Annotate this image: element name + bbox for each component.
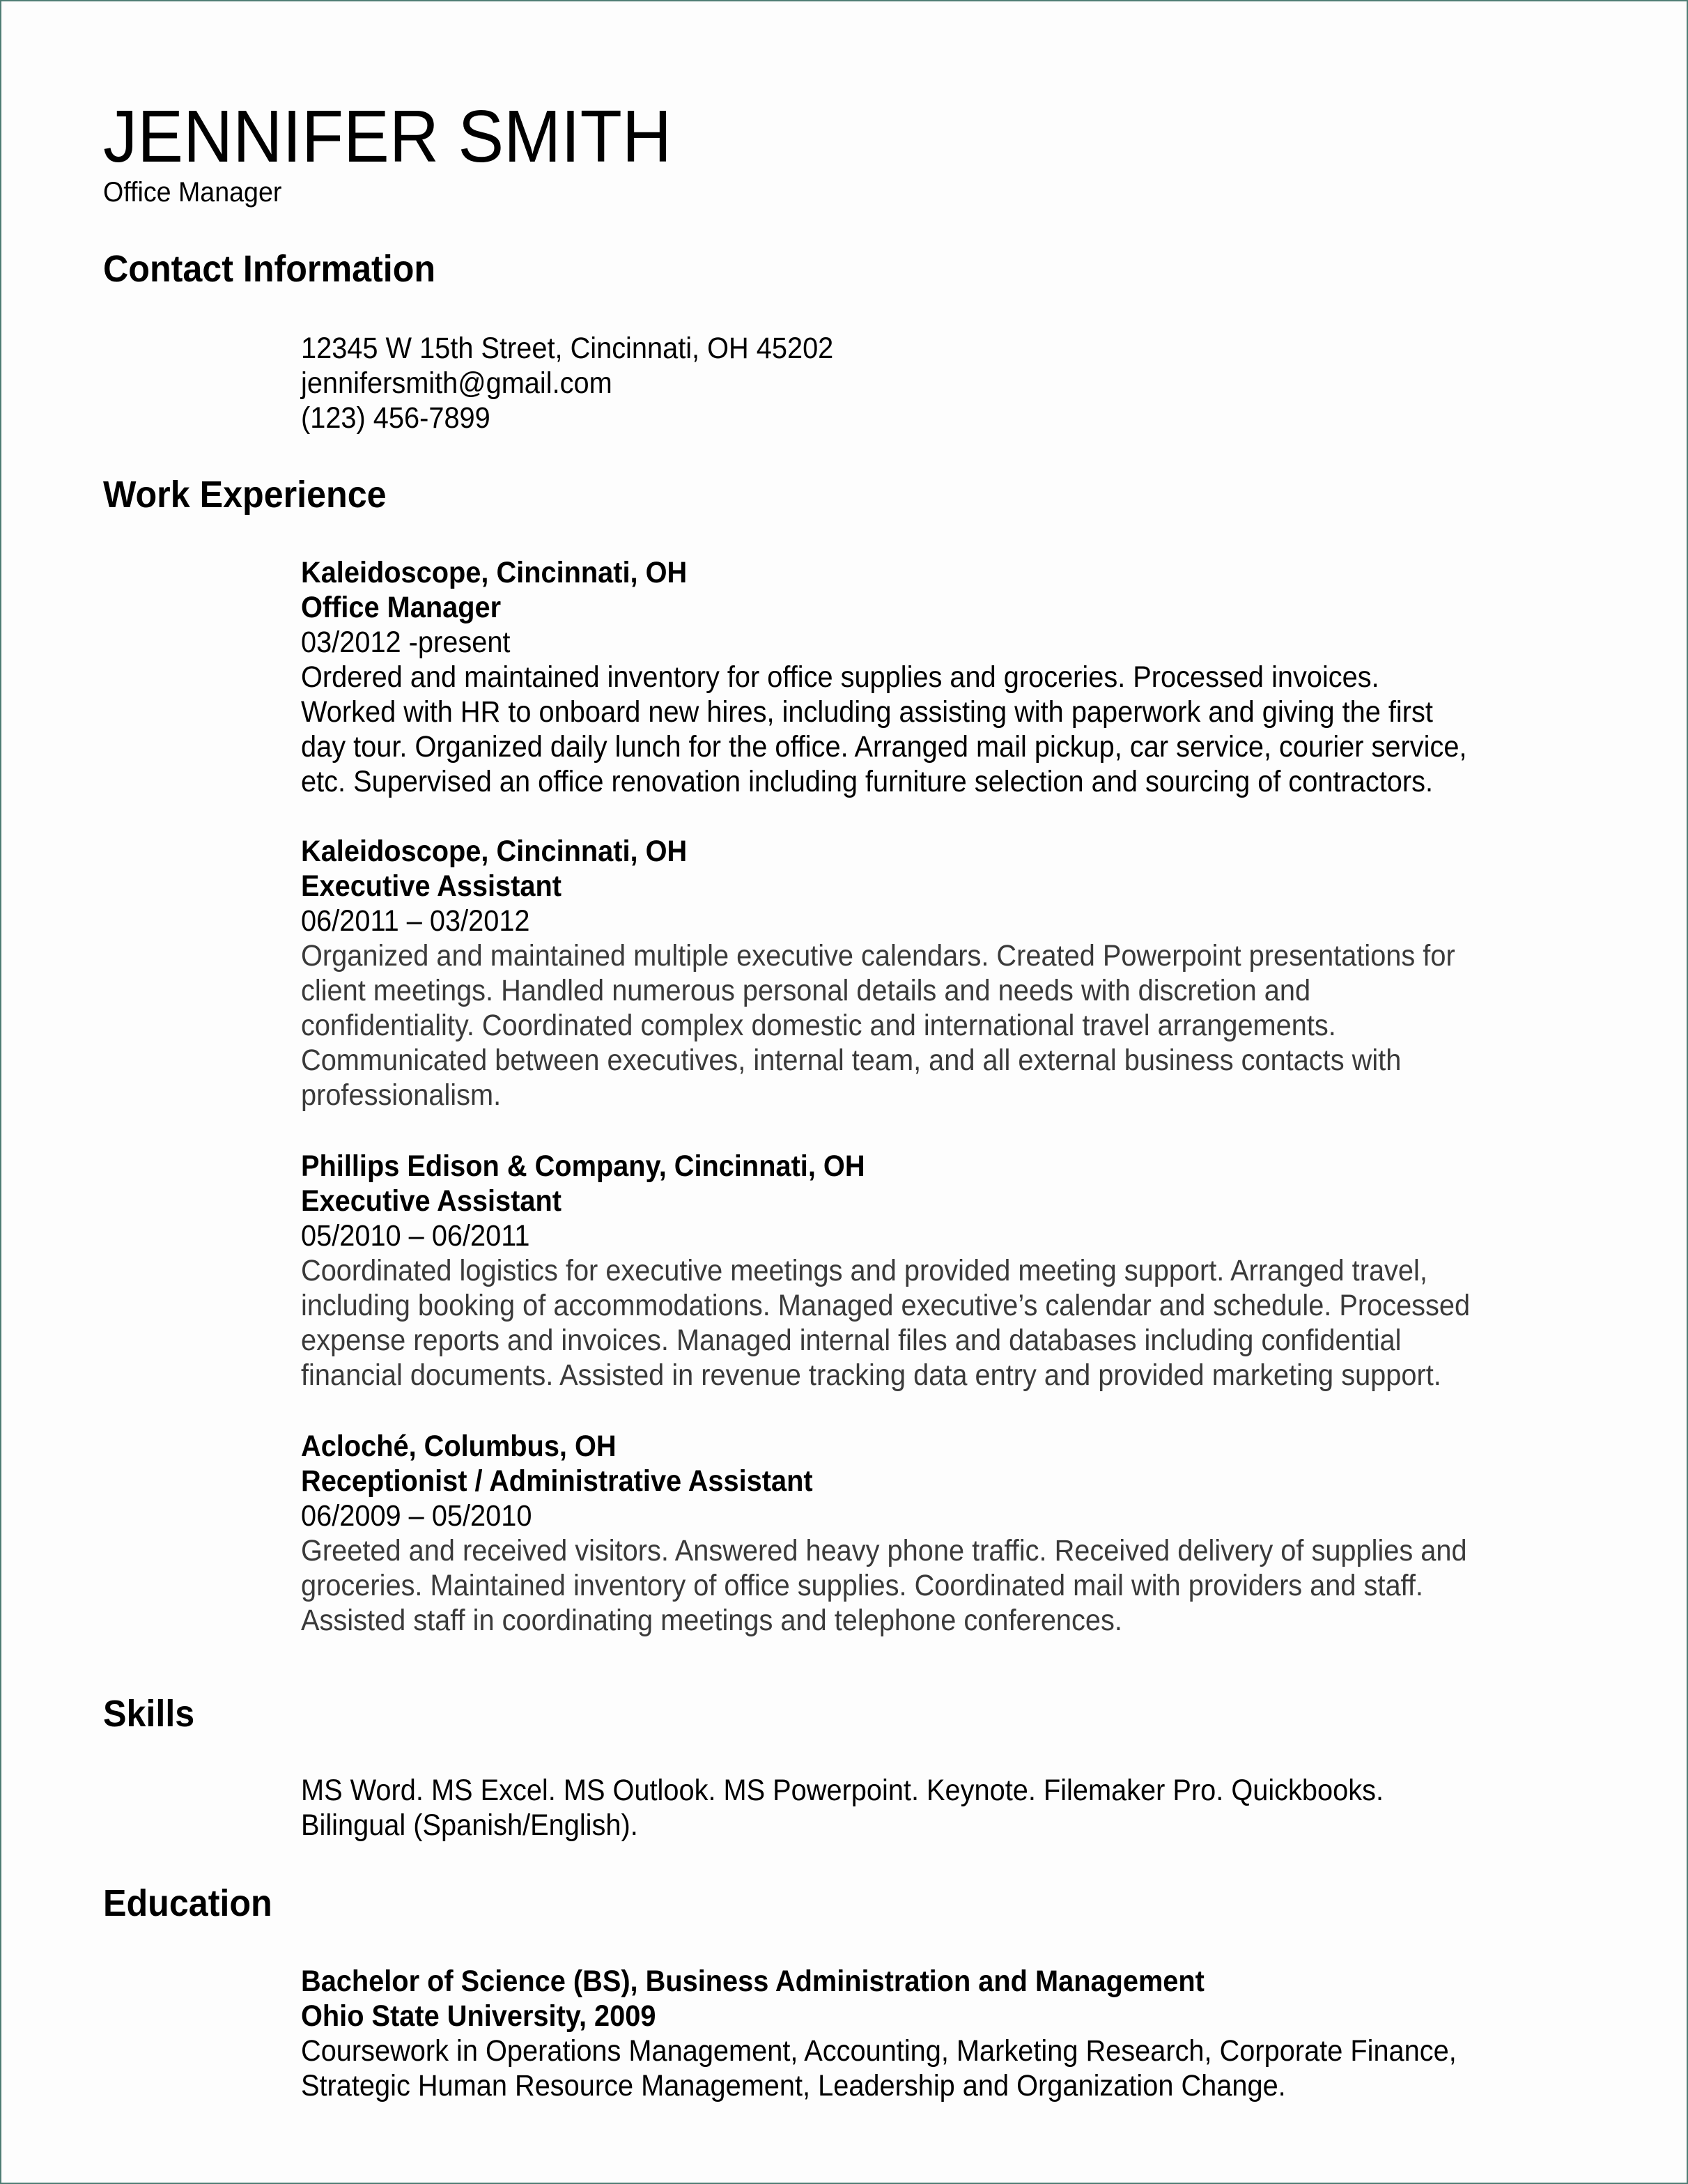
skills-heading: Skills (103, 1691, 194, 1736)
job-description-line: Greeted and received visitors. Answered … (301, 1534, 1467, 1569)
education-coursework-line: Coursework in Operations Management, Acc… (301, 2034, 1457, 2069)
skills-line: Bilingual (Spanish/English). (301, 1809, 1384, 1843)
education-degree: Bachelor of Science (BS), Business Admin… (301, 1965, 1457, 1999)
job-description-line: Assisted staff in coordinating meetings … (301, 1604, 1467, 1639)
job-dates: 06/2009 – 05/2010 (301, 1499, 1467, 1534)
job-description-line: Organized and maintained multiple execut… (301, 939, 1455, 974)
job-company: Acloché, Columbus, OH (301, 1430, 1467, 1464)
job-dates: 06/2011 – 03/2012 (301, 904, 1455, 939)
job-dates: 03/2012 -present (301, 626, 1466, 660)
skills-line: MS Word. MS Excel. MS Outlook. MS Powerp… (301, 1774, 1384, 1809)
contact-email[interactable]: jennifersmith@gmail.com (301, 366, 833, 401)
job-company: Phillips Edison & Company, Cincinnati, O… (301, 1149, 1470, 1184)
job-description-line: Communicated between executives, interna… (301, 1044, 1455, 1078)
job-description-line: etc. Supervised an office renovation inc… (301, 765, 1466, 800)
job-role: Office Manager (301, 591, 1466, 626)
education-heading: Education (103, 1881, 272, 1926)
candidate-name: JENNIFER SMITH (103, 95, 672, 178)
job-description-line: including booking of accommodations. Man… (301, 1289, 1470, 1324)
education-entry: Bachelor of Science (BS), Business Admin… (301, 1965, 1537, 2104)
job-role: Receptionist / Administrative Assistant (301, 1464, 1467, 1499)
job-description-line: financial documents. Assisted in revenue… (301, 1358, 1470, 1393)
job-entry: Acloché, Columbus, OH Receptionist / Adm… (301, 1430, 1548, 1639)
contact-phone[interactable]: (123) 456-7899 (301, 401, 833, 436)
skills-block: MS Word. MS Excel. MS Outlook. MS Powerp… (301, 1774, 1459, 1843)
job-company: Kaleidoscope, Cincinnati, OH (301, 556, 1466, 591)
job-entry: Phillips Edison & Company, Cincinnati, O… (301, 1149, 1551, 1393)
job-description-line: Ordered and maintained inventory for off… (301, 660, 1466, 695)
education-coursework-line: Strategic Human Resource Management, Lea… (301, 2069, 1457, 2104)
job-description-line: professionalism. (301, 1078, 1455, 1113)
job-role: Executive Assistant (301, 869, 1455, 904)
job-entry: Kaleidoscope, Cincinnati, OH Executive A… (301, 835, 1535, 1113)
job-company: Kaleidoscope, Cincinnati, OH (301, 835, 1455, 869)
job-entry: Kaleidoscope, Cincinnati, OH Office Mana… (301, 556, 1548, 800)
candidate-title: Office Manager (103, 176, 281, 209)
work-experience-heading: Work Experience (103, 472, 387, 517)
contact-address: 12345 W 15th Street, Cincinnati, OH 4520… (301, 332, 833, 366)
resume-page: JENNIFER SMITH Office Manager Contact In… (0, 0, 1688, 2184)
job-role: Executive Assistant (301, 1184, 1470, 1219)
job-description-line: Coordinated logistics for executive meet… (301, 1254, 1470, 1289)
education-school: Ohio State University, 2009 (301, 1999, 1457, 2034)
job-description-line: confidentiality. Coordinated complex dom… (301, 1009, 1455, 1044)
job-description-line: Worked with HR to onboard new hires, inc… (301, 695, 1466, 730)
job-description-line: expense reports and invoices. Managed in… (301, 1324, 1470, 1358)
job-description-line: day tour. Organized daily lunch for the … (301, 730, 1466, 765)
contact-heading: Contact Information (103, 247, 435, 291)
job-description-line: client meetings. Handled numerous person… (301, 974, 1455, 1009)
job-dates: 05/2010 – 06/2011 (301, 1219, 1470, 1254)
job-description-line: groceries. Maintained inventory of offic… (301, 1569, 1467, 1604)
contact-block: 12345 W 15th Street, Cincinnati, OH 4520… (301, 332, 870, 436)
